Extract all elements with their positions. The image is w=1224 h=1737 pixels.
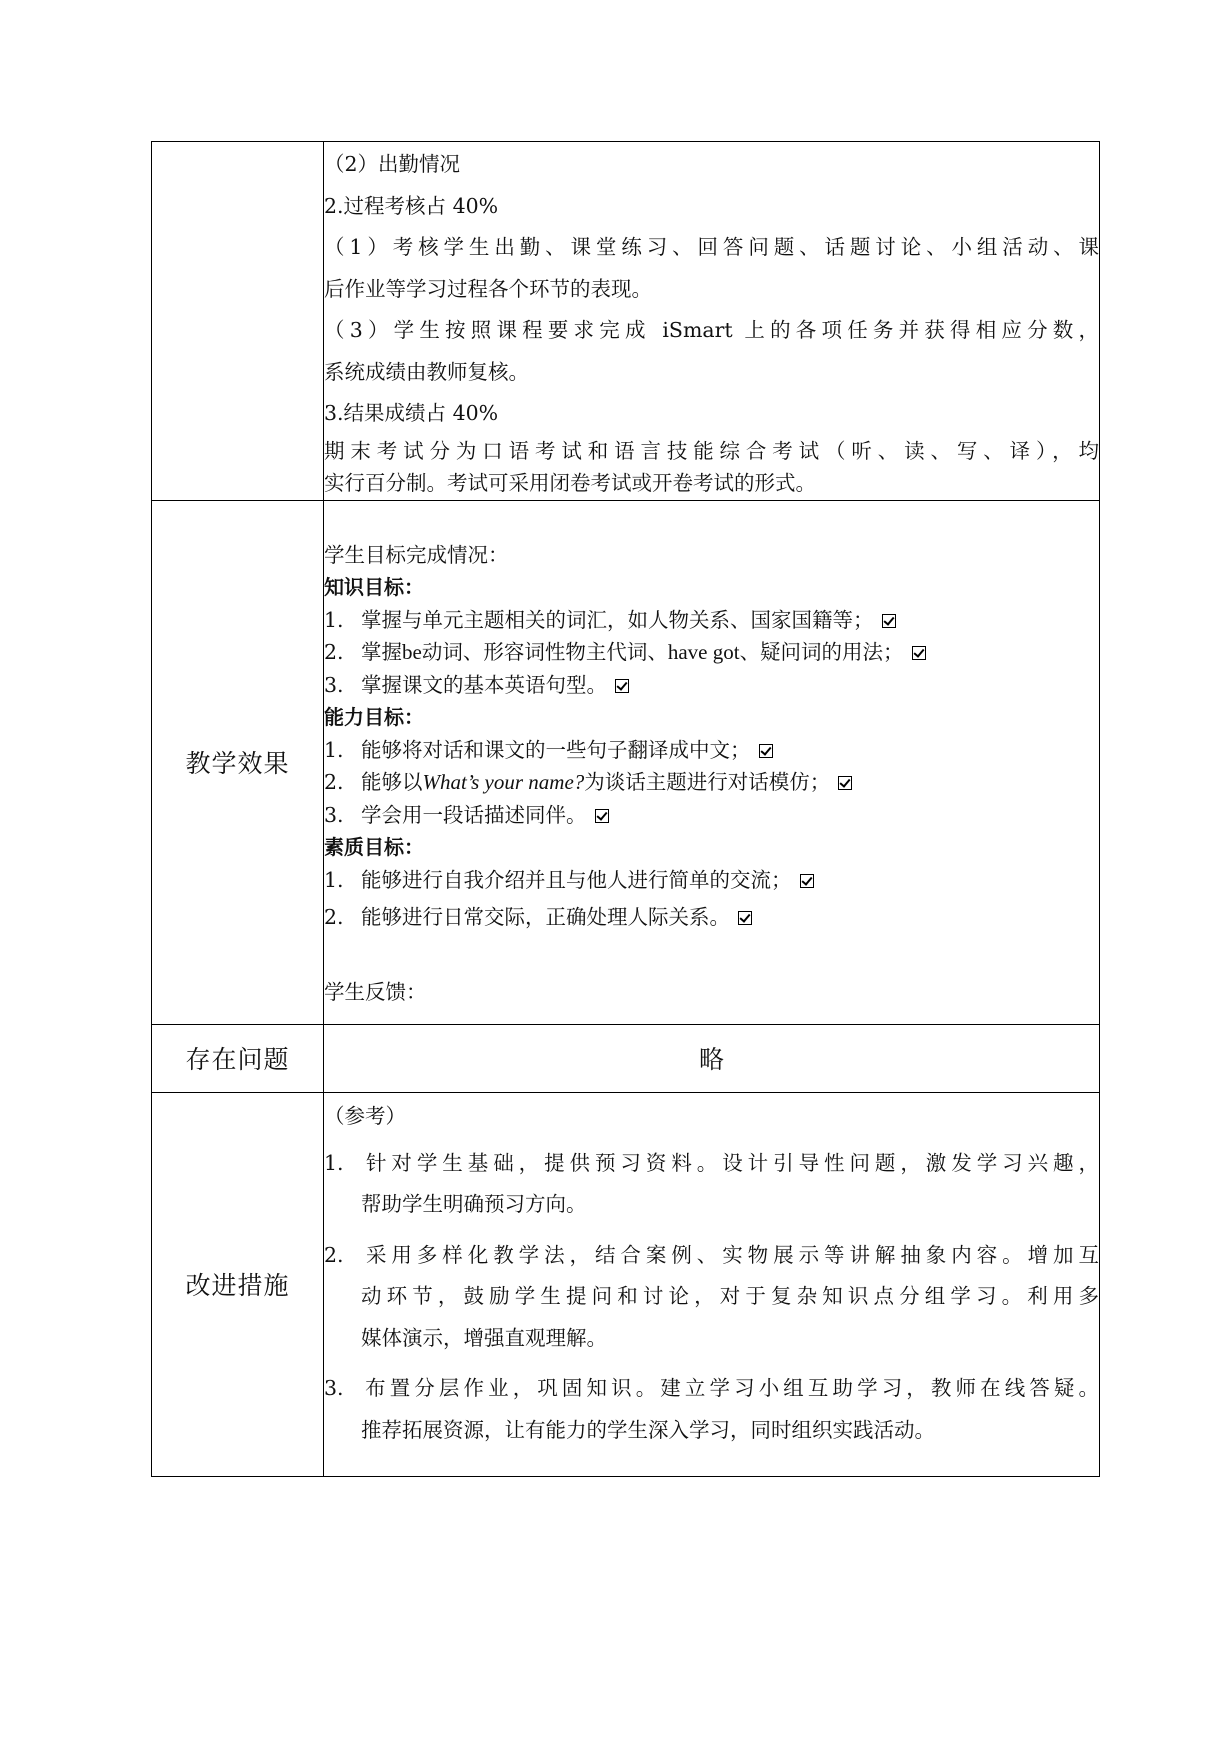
item-text: 能够将对话和课文的一些句子翻译成中文； xyxy=(361,738,751,762)
row-label-improvement-measures: 改进措施 xyxy=(152,1092,324,1476)
item-text-en: have got xyxy=(668,640,740,664)
measure-line: 推荐拓展资源，让有能力的学生深入学习，同时组织实践活动。 xyxy=(324,1410,1099,1452)
measure-text: 针对学生基础，提供预习资料。设计引导性问题，激发学习兴趣， xyxy=(361,1151,1099,1175)
item-number: 3. xyxy=(324,799,361,832)
process-item-3-line-2: 系统成绩由教师复核。 xyxy=(324,352,1099,394)
item-number: 1. xyxy=(324,1143,361,1185)
row-label-empty xyxy=(152,142,324,501)
item-text: 能够进行自我介绍并且与他人进行简单的交流； xyxy=(361,868,792,892)
item-number: 2. xyxy=(324,896,361,938)
measure-item: 1.针对学生基础，提供预习资料。设计引导性问题，激发学习兴趣， 帮助学生明确预习… xyxy=(324,1143,1099,1226)
item-number: 1. xyxy=(324,864,361,897)
checked-checkbox-icon[interactable] xyxy=(800,874,814,888)
checked-checkbox-icon[interactable] xyxy=(882,614,896,628)
final-exam-line-2: 实行百分制。考试可采用闭卷考试或开卷考试的形式。 xyxy=(324,467,1099,500)
checked-checkbox-icon[interactable] xyxy=(912,646,926,660)
row-label-teaching-effect: 教学效果 xyxy=(152,500,324,1024)
quality-goals-heading: 素质目标： xyxy=(324,831,1099,864)
item-text: 掌握 xyxy=(361,640,402,664)
measure-item: 2.采用多样化教学法，结合案例、实物展示等讲解抽象内容。增加互 动环节，鼓励学生… xyxy=(324,1235,1099,1360)
checked-checkbox-icon[interactable] xyxy=(595,809,609,823)
item-text: 能够进行日常交际，正确处理人际关系。 xyxy=(361,905,730,929)
ability-goal-item: 3.学会用一段话描述同伴。 xyxy=(324,799,1099,832)
measure-line: 媒体演示，增强直观理解。 xyxy=(324,1318,1099,1360)
result-score-heading: 3.结果成绩占 40% xyxy=(324,393,1099,435)
checked-checkbox-icon[interactable] xyxy=(615,679,629,693)
teaching-effect-content: 学生目标完成情况： 知识目标： 1.掌握与单元主题相关的词汇，如人物关系、国家国… xyxy=(324,500,1100,1024)
lesson-evaluation-table: （2）出勤情况 2.过程考核占 40% （1）考核学生出勤、课堂练习、回答问题、… xyxy=(151,141,1100,1477)
ability-goals-heading: 能力目标： xyxy=(324,701,1099,734)
measure-text: 采用多样化教学法，结合案例、实物展示等讲解抽象内容。增加互 xyxy=(361,1243,1099,1267)
item-text-en: be xyxy=(402,640,422,664)
existing-problems-row: 存在问题 略 xyxy=(152,1024,1100,1092)
ability-goal-item: 2.能够以What’s your name?为谈话主题进行对话模仿； xyxy=(324,766,1099,799)
final-exam-line-1: 期末考试分为口语考试和语言技能综合考试（听、读、写、译），均 xyxy=(324,435,1099,468)
measure-line: 帮助学生明确预习方向。 xyxy=(324,1184,1099,1226)
checked-checkbox-icon[interactable] xyxy=(738,911,752,925)
knowledge-goal-item: 3.掌握课文的基本英语句型。 xyxy=(324,669,1099,702)
improvement-measures-content: （参考） 1.针对学生基础，提供预习资料。设计引导性问题，激发学习兴趣， 帮助学… xyxy=(324,1092,1100,1476)
item-number: 2. xyxy=(324,1235,361,1277)
item-text: 掌握课文的基本英语句型。 xyxy=(361,673,607,697)
process-assessment-heading: 2.过程考核占 40% xyxy=(324,186,1099,228)
measure-line: 动环节，鼓励学生提问和讨论，对于复杂知识点分组学习。利用多 xyxy=(324,1276,1099,1318)
quality-goal-item: 1.能够进行自我介绍并且与他人进行简单的交流； xyxy=(324,864,1099,897)
item-text: 动词、形容词性物主代词、 xyxy=(422,640,668,664)
checked-checkbox-icon[interactable] xyxy=(759,744,773,758)
improvement-measures-row: 改进措施 （参考） 1.针对学生基础，提供预习资料。设计引导性问题，激发学习兴趣… xyxy=(152,1092,1100,1476)
item-text: 为谈话主题进行对话模仿； xyxy=(584,770,830,794)
process-item-3-line-1: （3）学生按照课程要求完成 iSmart 上的各项任务并获得相应分数， xyxy=(324,310,1099,352)
process-item-1-line-1: （1）考核学生出勤、课堂练习、回答问题、话题讨论、小组活动、课 xyxy=(324,227,1099,269)
item-text: 掌握与单元主题相关的词汇，如人物关系、国家国籍等； xyxy=(361,608,874,632)
goal-completion-intro: 学生目标完成情况： xyxy=(324,539,1099,572)
measure-line: 3.布置分层作业，巩固知识。建立学习小组互助学习，教师在线答疑。 xyxy=(324,1368,1099,1410)
assessment-content: （2）出勤情况 2.过程考核占 40% （1）考核学生出勤、课堂练习、回答问题、… xyxy=(324,142,1100,501)
item-text: 能够以 xyxy=(361,770,423,794)
student-feedback-label: 学生反馈： xyxy=(324,976,1099,1009)
process-item-1-line-2: 后作业等学习过程各个环节的表现。 xyxy=(324,269,1099,311)
row-label-existing-problems: 存在问题 xyxy=(152,1024,324,1092)
reference-note: （参考） xyxy=(324,1099,1099,1133)
checked-checkbox-icon[interactable] xyxy=(838,776,852,790)
assessment-row: （2）出勤情况 2.过程考核占 40% （1）考核学生出勤、课堂练习、回答问题、… xyxy=(152,142,1100,501)
existing-problems-value: 略 xyxy=(324,1024,1100,1092)
teaching-effect-row: 教学效果 学生目标完成情况： 知识目标： 1.掌握与单元主题相关的词汇，如人物关… xyxy=(152,500,1100,1024)
item-number: 1. xyxy=(324,604,361,637)
measure-item: 3.布置分层作业，巩固知识。建立学习小组互助学习，教师在线答疑。 推荐拓展资源，… xyxy=(324,1368,1099,1451)
item-number: 2. xyxy=(324,766,361,799)
measure-text: 布置分层作业，巩固知识。建立学习小组互助学习，教师在线答疑。 xyxy=(361,1376,1099,1400)
measure-line: 1.针对学生基础，提供预习资料。设计引导性问题，激发学习兴趣， xyxy=(324,1143,1099,1185)
item-text-italic: What’s your name? xyxy=(423,770,585,794)
item-text: 、疑问词的用法； xyxy=(740,640,904,664)
ability-goal-item: 1.能够将对话和课文的一些句子翻译成中文； xyxy=(324,734,1099,767)
knowledge-goal-item: 1.掌握与单元主题相关的词汇，如人物关系、国家国籍等； xyxy=(324,604,1099,637)
item-text: 学会用一段话描述同伴。 xyxy=(361,803,587,827)
measure-line: 2.采用多样化教学法，结合案例、实物展示等讲解抽象内容。增加互 xyxy=(324,1235,1099,1277)
knowledge-goal-item: 2.掌握be动词、形容词性物主代词、have got、疑问词的用法； xyxy=(324,636,1099,669)
attendance-line: （2）出勤情况 xyxy=(324,144,1099,186)
quality-goal-item: 2.能够进行日常交际，正确处理人际关系。 xyxy=(324,896,1099,938)
item-number: 3. xyxy=(324,669,361,702)
item-number: 2. xyxy=(324,636,361,669)
item-number: 1. xyxy=(324,734,361,767)
knowledge-goals-heading: 知识目标： xyxy=(324,571,1099,604)
item-number: 3. xyxy=(324,1368,361,1410)
